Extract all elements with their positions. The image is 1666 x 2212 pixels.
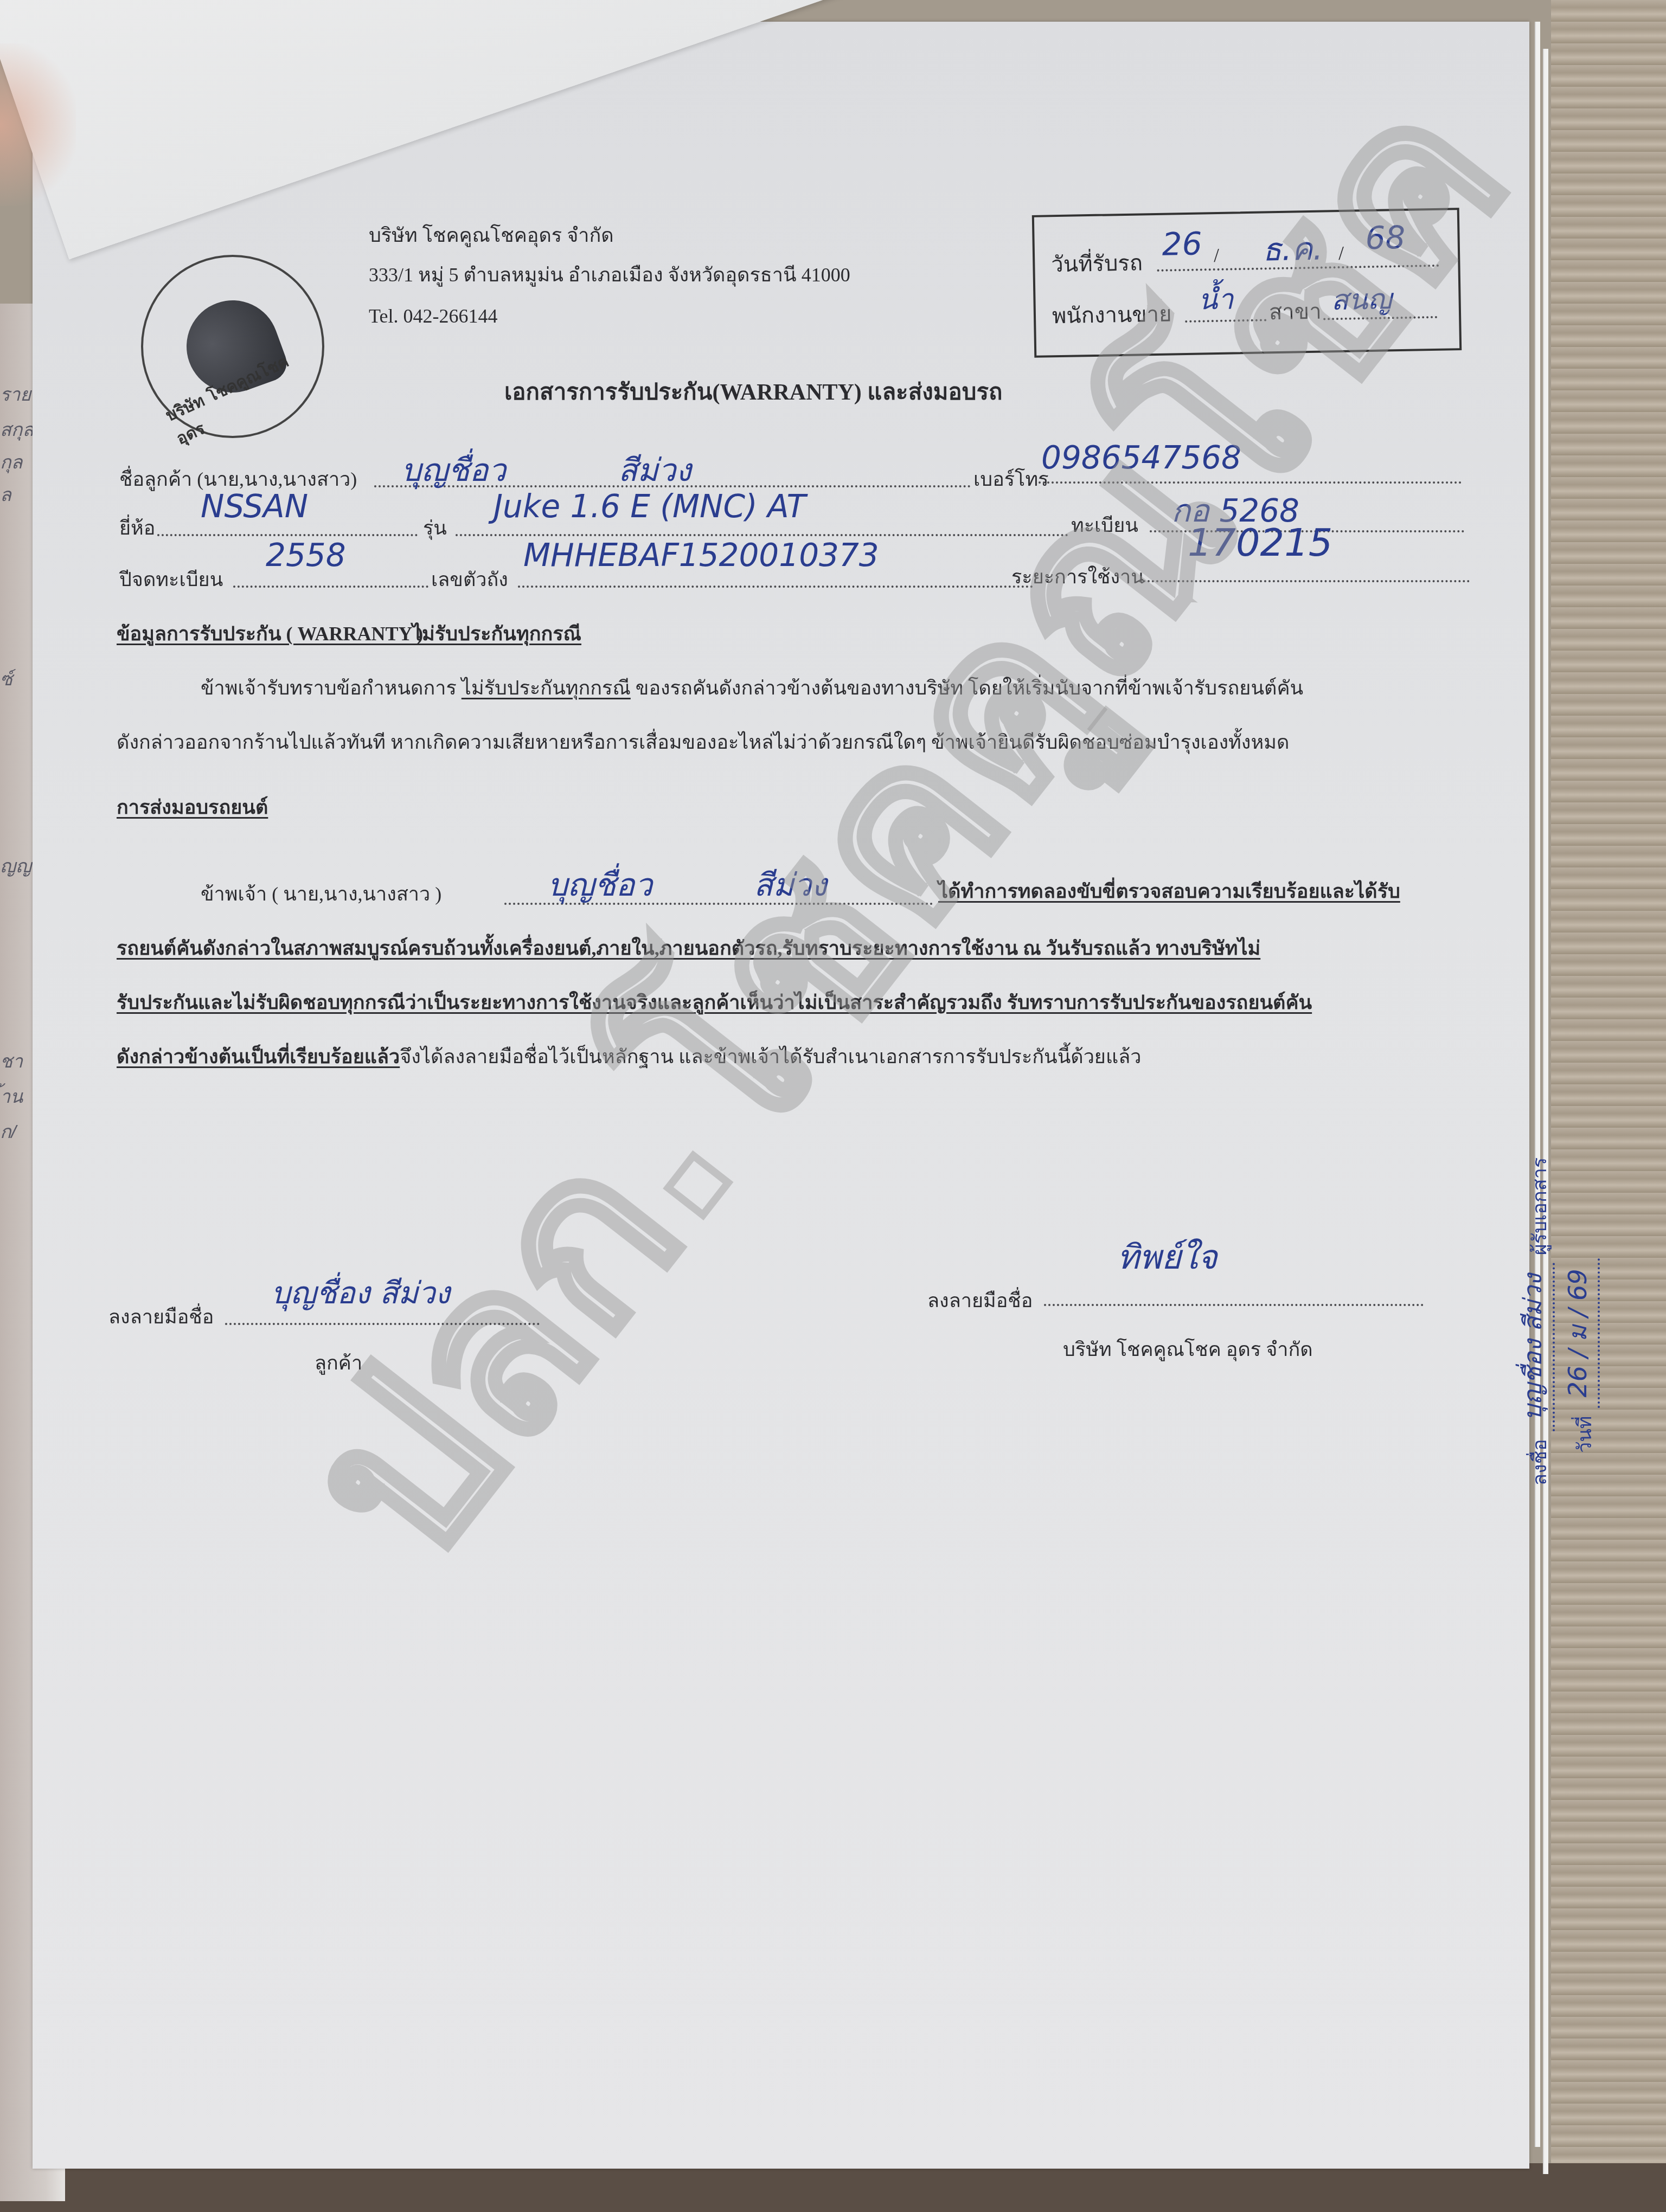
receipt-note: ลงชื่อ บุญชื่อง สีม่วง ผู้รับเอกสาร วันท… xyxy=(1513,1158,1600,1486)
receipt-date: 26 / ม / 69 xyxy=(1558,1258,1600,1409)
company-name: บริษัท โชคคูณโชคอุดร จำกัด xyxy=(369,220,614,250)
under-text: ้าน xyxy=(0,1082,23,1111)
dotted-line xyxy=(1044,1304,1424,1306)
company-phone: Tel. 042-266144 xyxy=(369,305,497,327)
under-text: ชา xyxy=(0,1046,23,1076)
delivery-heading: การส่งมอบรถยนต์ xyxy=(117,792,268,822)
model-value: Juke 1.6 E (MNC) AT xyxy=(494,488,806,525)
under-text: ล xyxy=(0,480,11,509)
page-stack-edge xyxy=(1535,22,1540,2147)
finger xyxy=(0,43,76,206)
company-sign-label: ลงลายมือชื่อ xyxy=(927,1285,1033,1316)
chassis-value: MHHEBAF1520010373 xyxy=(523,537,879,574)
model-label: รุ่น xyxy=(423,512,447,543)
reg-year-label: ปีจดทะเบียน xyxy=(119,564,223,595)
customer-signature: บุญชื่อง สีม่วง xyxy=(271,1269,450,1317)
customer-sign-label: ลงลายมือชื่อ xyxy=(108,1301,214,1332)
company-signature: ทิพย์ใจ xyxy=(1117,1231,1218,1284)
receipt-signer: บุญชื่อง สีม่วง xyxy=(1513,1263,1555,1431)
brand-label: ยี่ห้อ xyxy=(119,512,155,543)
no-warranty-emphasis: ไม่รับประกันทุกกรณี xyxy=(462,677,631,699)
company-logo: บริษัท โชคคูณโชค อุดร xyxy=(141,255,324,438)
customer-first-name: บุญชื่อว xyxy=(401,445,506,495)
warranty-heading: ข้อมูลการรับประกัน ( WARRANTY ) xyxy=(117,618,423,649)
text: ข้าพเจ้ารับทราบข้อกำหนดการ xyxy=(201,677,457,699)
company-role: บริษัท โชคคูณโชค อุดร จำกัด xyxy=(1063,1334,1313,1365)
document-title: เอกสารการรับประกัน(WARRANTY) และส่งมอบรถ xyxy=(504,374,1002,410)
brand-value: NSSAN xyxy=(201,488,308,525)
warranty-document: บริษัท โชคคูณโชค อุดร บริษัท โชคคูณโชคอุ… xyxy=(33,22,1529,2169)
desk-surface xyxy=(1551,0,1666,2212)
customer-role: ลูกค้า xyxy=(315,1347,362,1378)
delivery-prefix: ข้าพเจ้า ( นาย,นาง,นางสาว ) xyxy=(201,878,441,909)
under-text: กุล xyxy=(0,447,22,477)
dotted-line xyxy=(157,534,418,536)
under-text: ก/ xyxy=(0,1117,16,1146)
company-address: 333/1 หมู่ 5 ตำบลหมูม่น อำเภอเมือง จังหว… xyxy=(369,259,850,290)
watermark: ปลก.โชคคูณโชค xyxy=(212,14,1594,1637)
text: ดังกล่าวข้างต้นเป็นที่เรียบร้อยแล้ว xyxy=(117,1046,400,1068)
desk-edge xyxy=(0,2163,1666,2212)
page-stack-edge xyxy=(1543,49,1548,2174)
receipt-role: ผู้รับเอกสาร xyxy=(1524,1158,1555,1256)
receipt-sign-prefix: ลงชื่อ xyxy=(1524,1439,1555,1486)
dotted-line xyxy=(233,586,428,588)
receipt-date-prefix: วันที่ xyxy=(1569,1416,1600,1453)
warranty-status: ไม่รับประกันทุกกรณี xyxy=(412,618,581,649)
reg-year-value: 2558 xyxy=(266,537,346,574)
chassis-label: เลขตัวถัง xyxy=(431,564,508,595)
dotted-line xyxy=(225,1323,540,1325)
under-text: สกุล xyxy=(0,415,34,444)
under-text: ซ์ xyxy=(0,664,12,693)
under-text: ญญ xyxy=(0,851,31,880)
